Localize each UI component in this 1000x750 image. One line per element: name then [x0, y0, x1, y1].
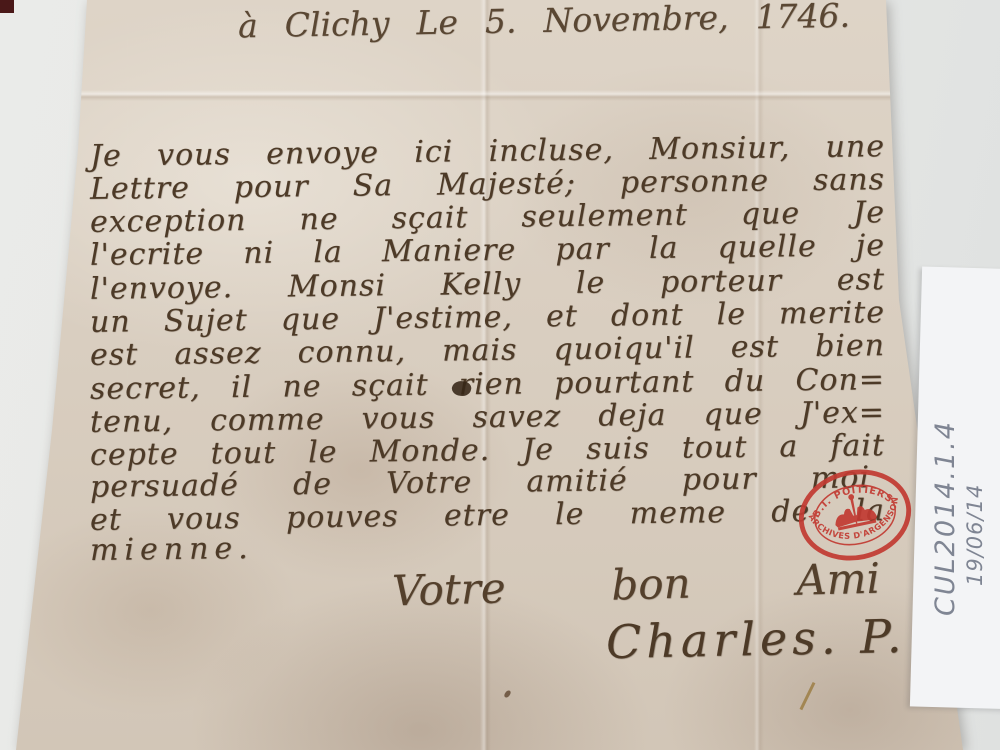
label-reference: CUL2014.1.4 — [930, 420, 961, 616]
letter-body-line: mienne. — [90, 532, 254, 568]
photo-corner-artifact — [0, 0, 14, 13]
manuscript-photo: à Clichy Le 5. Novembre, 1746. Je vous e… — [0, 0, 1000, 750]
label-date: 19/06/14 — [963, 484, 987, 586]
letter-signature: Charles. P. — [605, 609, 906, 669]
